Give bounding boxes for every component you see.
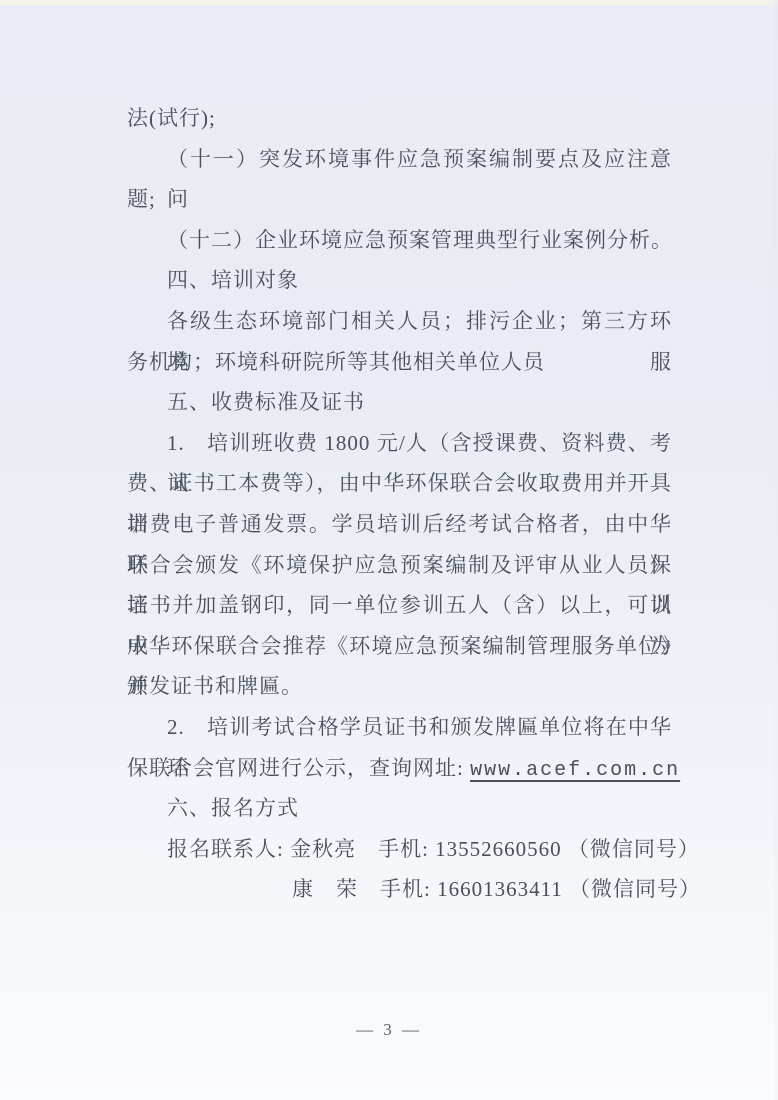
section-heading-registration: 六、报名方式 xyxy=(127,788,672,829)
scan-edge-strip xyxy=(0,0,778,5)
scanned-document-page: 法(试行); （十一）突发环境事件应急预案编制要点及应注意问 题; （十二）企业… xyxy=(0,0,778,1100)
text-line: 证书并加盖钢印，同一单位参训五人（含）以上，可以成为 xyxy=(127,585,672,626)
text-line: 训费电子普通发票。学员培训后经考试合格者，由中华环保 xyxy=(127,504,672,545)
text-line: 中华环保联合会推荐《环境应急预案编制管理服务单位》并 xyxy=(127,626,672,667)
text-line: 联合会颁发《环境保护应急预案编制及评审从业人员》培训 xyxy=(127,545,672,586)
text-line: 费、证书工本费等），由中华环保联合会收取费用并开具培 xyxy=(127,463,672,504)
text-line: 2. 培训考试合格学员证书和颁发牌匾单位将在中华环 xyxy=(127,707,672,748)
section-heading-training-targets: 四、培训对象 xyxy=(127,260,672,301)
text-line: （十二）企业环境应急预案管理典型行业案例分析。 xyxy=(127,220,672,261)
contact-line-1: 报名联系人: 金秋亮 手机: 13552660560 （微信同号） xyxy=(127,829,672,870)
text-line: 题; xyxy=(127,179,672,220)
contact-line-2: 康 荣 手机: 16601363411 （微信同号） xyxy=(127,869,672,910)
scan-right-edge xyxy=(774,0,778,1100)
website-link[interactable]: www.acef.com.cn xyxy=(470,759,680,782)
text-line: 法(试行); xyxy=(127,98,672,139)
text-line-with-link: 保联合会官网进行公示，查询网址: www.acef.com.cn xyxy=(127,748,672,789)
text-line: 颁发证书和牌匾。 xyxy=(127,666,672,707)
text-line: 保联合会官网进行公示，查询网址: xyxy=(127,756,470,780)
text-line: 各级生态环境部门相关人员；排污企业；第三方环境服 xyxy=(127,301,672,342)
page-number: — 3 — xyxy=(0,1020,778,1040)
section-heading-fees-certificates: 五、收费标准及证书 xyxy=(127,382,672,423)
text-line: （十一）突发环境事件应急预案编制要点及应注意问 xyxy=(127,139,672,180)
document-body-text: 法(试行); （十一）突发环境事件应急预案编制要点及应注意问 题; （十二）企业… xyxy=(127,98,672,910)
text-line: 1. 培训班收费 1800 元/人（含授课费、资料费、考试 xyxy=(127,423,672,464)
